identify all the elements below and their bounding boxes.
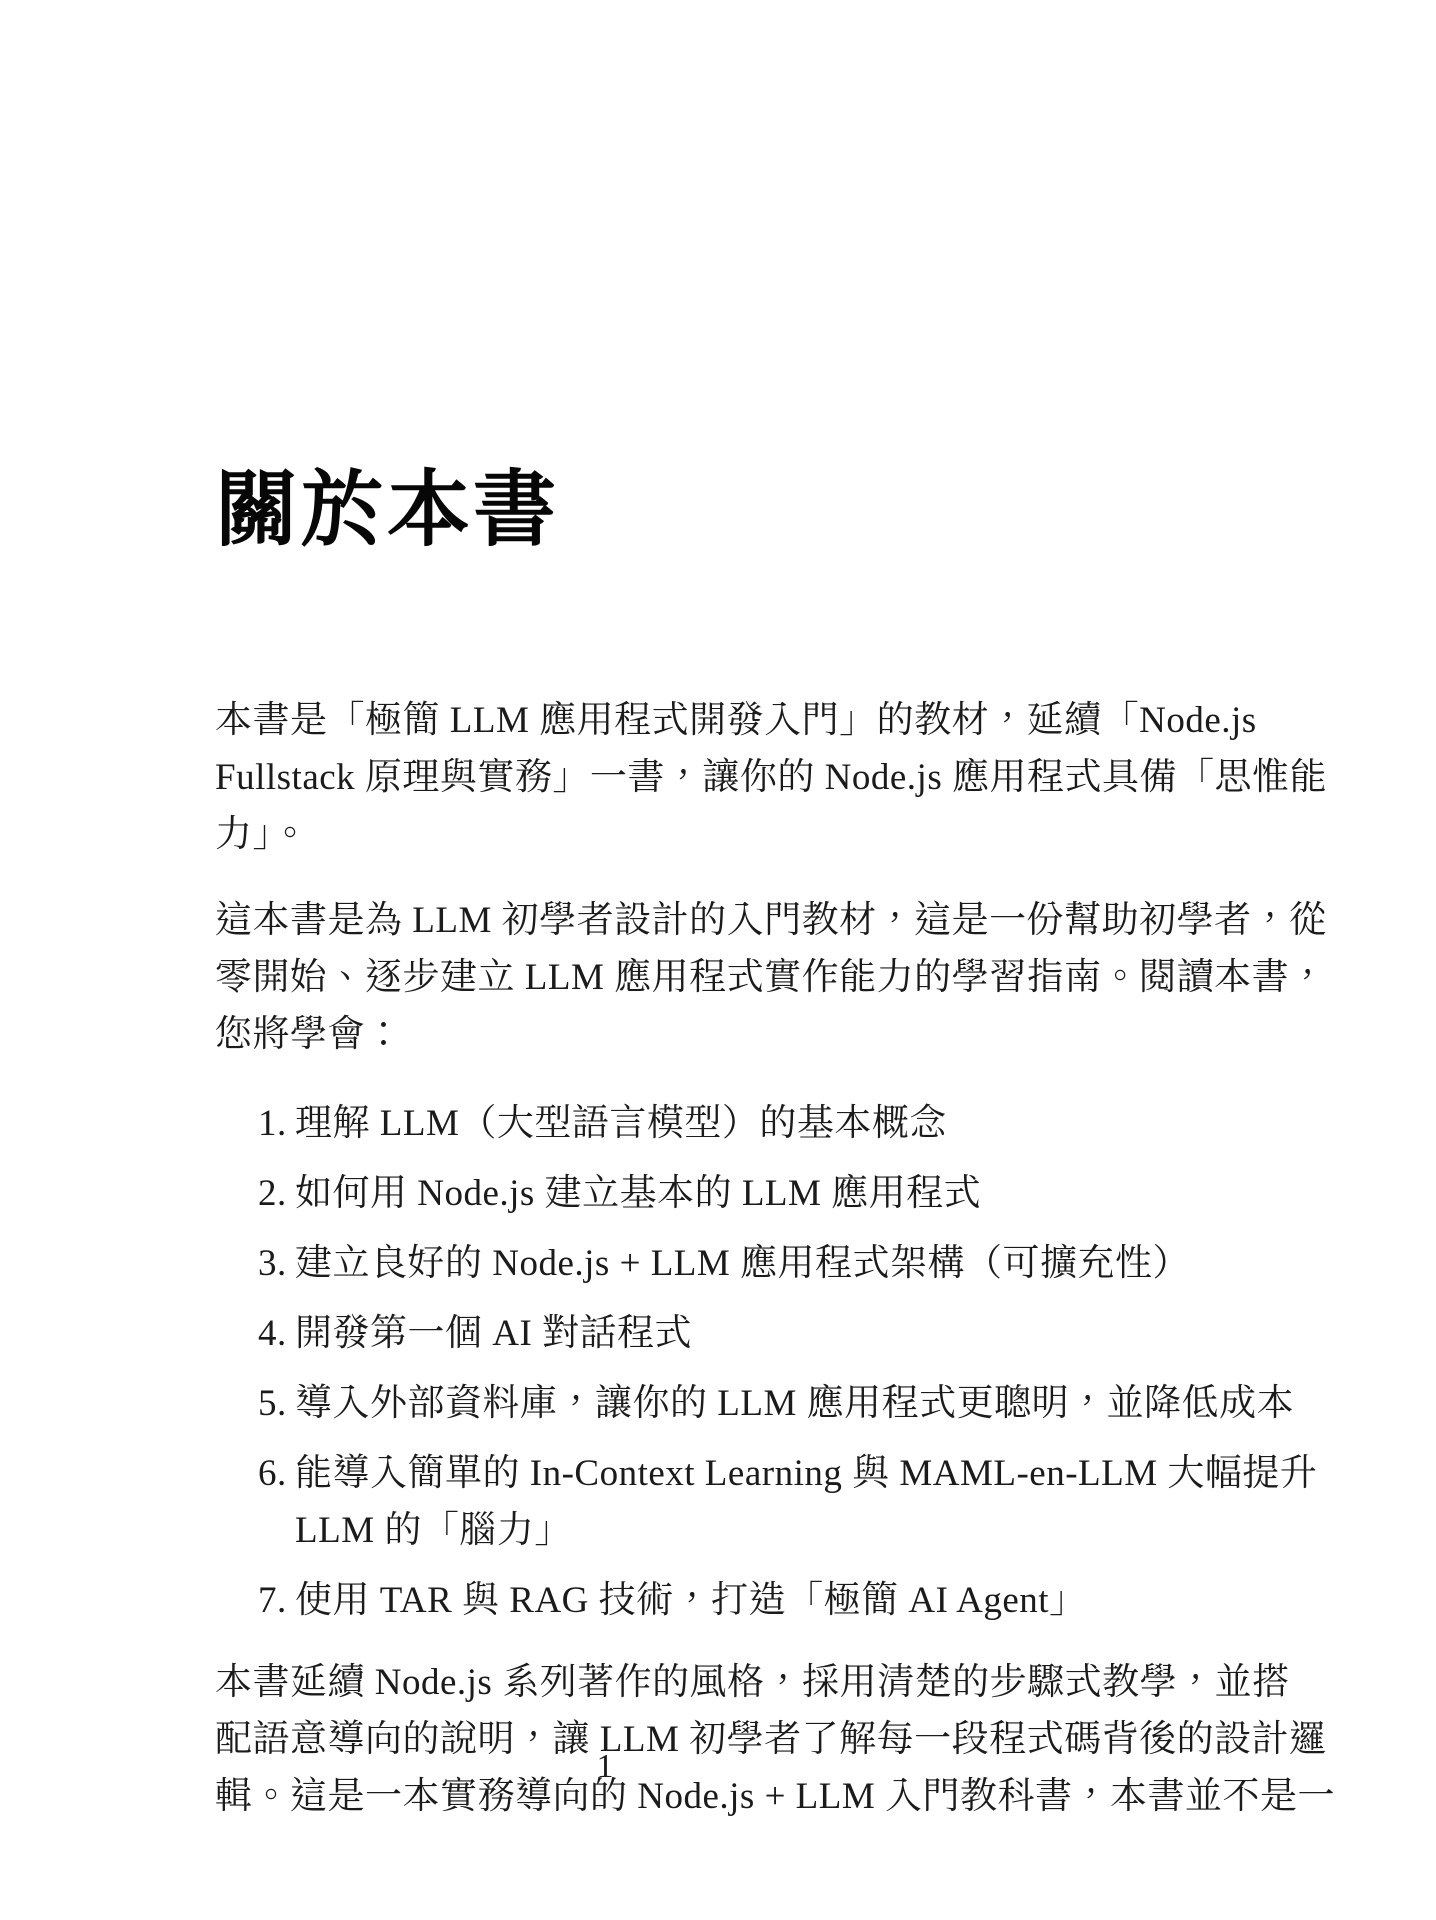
list-item-number: 2. [258,1165,295,1222]
page-number: 1 [215,1748,995,1786]
list-item-line: 理解 LLM（大型語言模型）的基本概念 [295,1103,947,1144]
paragraph-line: Fullstack 原理與實務」一書，讓你的 Node.js 應用程式具備「思惟… [215,749,1023,806]
list-item-line: 能導入簡單的 In-Context Learning 與 MAML-en-LLM… [295,1453,1317,1494]
list-item-line: 建立良好的 Node.js + LLM 應用程式架構（可擴充性） [295,1243,1190,1284]
paragraph-intro: 本書是「極簡 LLM 應用程式開發入門」的教材，延續「Node.js Fulls… [215,692,1023,863]
list-item-line: 導入外部資料庫，讓你的 LLM 應用程式更聰明，並降低成本 [295,1383,1294,1424]
list-item-line: 開發第一個 AI 對話程式 [295,1313,692,1354]
list-item: 3. 建立良好的 Node.js + LLM 應用程式架構（可擴充性） [258,1235,1023,1292]
list-item-number: 7. [258,1572,295,1629]
paragraph-audience: 這本書是為 LLM 初學者設計的入門教材，這是一份幫助初學者，從 零開始、逐步建… [215,892,1023,1063]
list-item: 1. 理解 LLM（大型語言模型）的基本概念 [258,1095,1023,1152]
paragraph-line: 本書延續 Node.js 系列著作的風格，採用清楚的步驟式教學，並搭 [215,1654,1023,1711]
list-item-line: LLM 的「腦力」 [295,1510,572,1551]
list-item-line: 使用 TAR 與 RAG 技術，打造「極簡 AI Agent」 [295,1580,1087,1621]
list-item-text: 開發第一個 AI 對話程式 [295,1305,692,1362]
list-item-text: 能導入簡單的 In-Context Learning 與 MAML-en-LLM… [295,1445,1317,1559]
list-item: 4. 開發第一個 AI 對話程式 [258,1305,1023,1362]
list-item-number: 1. [258,1095,295,1152]
paragraph-line: 零開始、逐步建立 LLM 應用程式實作能力的學習指南。閱讀本書， [215,949,1023,1006]
list-item-text: 導入外部資料庫，讓你的 LLM 應用程式更聰明，並降低成本 [295,1375,1294,1432]
paragraph-line: 力」。 [215,806,1023,863]
list-item-number: 5. [258,1375,295,1432]
list-item-text: 如何用 Node.js 建立基本的 LLM 應用程式 [295,1165,981,1222]
list-item-number: 4. [258,1305,295,1362]
paragraph-style: 本書延續 Node.js 系列著作的風格，採用清楚的步驟式教學，並搭 配語意導向… [215,1654,1023,1825]
paragraph-line: 您將學會： [215,1006,1023,1063]
text-column: 關於本書 本書是「極簡 LLM 應用程式開發入門」的教材，延續「Node.js … [215,0,1023,1825]
paragraph-line: 這本書是為 LLM 初學者設計的入門教材，這是一份幫助初學者，從 [215,892,1023,949]
list-item: 6. 能導入簡單的 In-Context Learning 與 MAML-en-… [258,1445,1023,1559]
list-item-line: 如何用 Node.js 建立基本的 LLM 應用程式 [295,1173,981,1214]
list-item: 2. 如何用 Node.js 建立基本的 LLM 應用程式 [258,1165,1023,1222]
list-item-number: 3. [258,1235,295,1292]
list-item-text: 使用 TAR 與 RAG 技術，打造「極簡 AI Agent」 [295,1572,1087,1629]
list-item-number: 6. [258,1445,295,1502]
paragraph-line: 本書是「極簡 LLM 應用程式開發入門」的教材，延續「Node.js [215,692,1023,749]
book-page: 關於本書 本書是「極簡 LLM 應用程式開發入門」的教材，延續「Node.js … [0,0,1436,1920]
list-item: 5. 導入外部資料庫，讓你的 LLM 應用程式更聰明，並降低成本 [258,1375,1023,1432]
list-item: 7. 使用 TAR 與 RAG 技術，打造「極簡 AI Agent」 [258,1572,1023,1629]
list-item-text: 理解 LLM（大型語言模型）的基本概念 [295,1095,947,1152]
page-title: 關於本書 [215,0,1023,556]
list-item-text: 建立良好的 Node.js + LLM 應用程式架構（可擴充性） [295,1235,1190,1292]
learning-goals-list: 1. 理解 LLM（大型語言模型）的基本概念 2. 如何用 Node.js 建立… [215,1095,1023,1629]
